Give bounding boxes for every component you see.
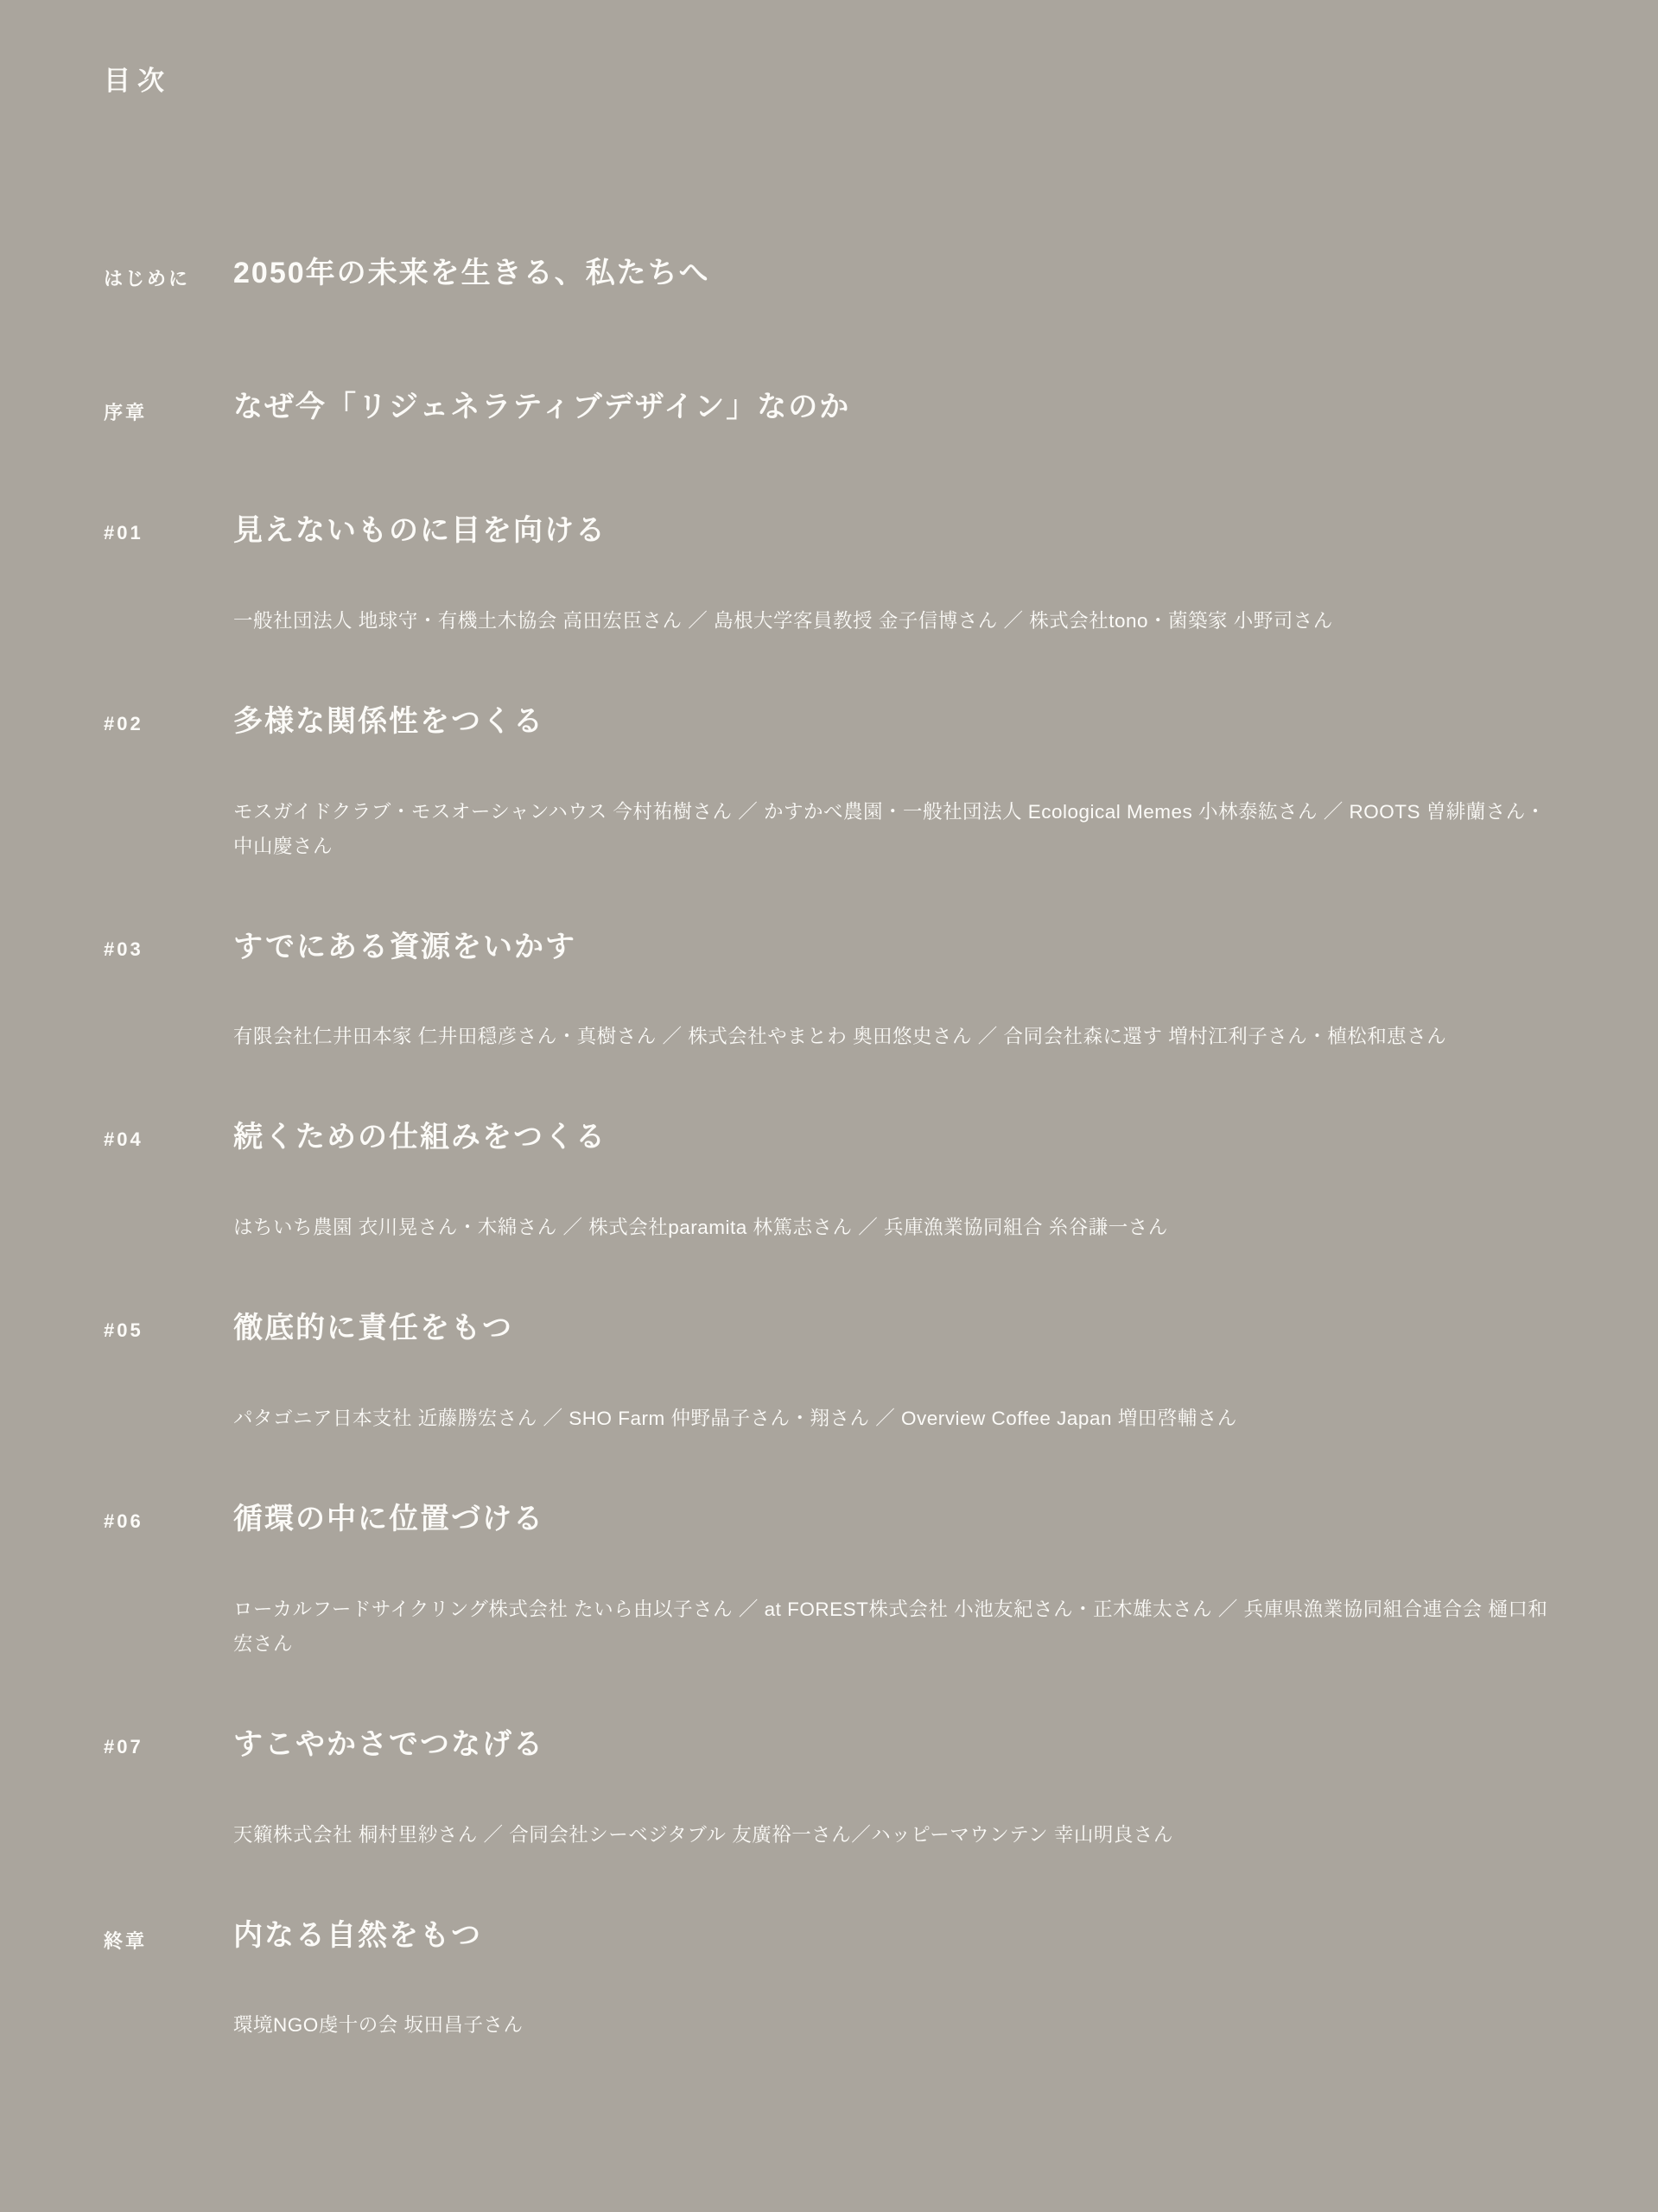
toc-entry-title: なぜ今「リジェネラティブデザイン」なのか [233,390,1563,425]
toc-entry-title: 多様な関係性をつくる [233,704,1563,740]
toc-entry-contributors: ローカルフードサイクリング株式会社 たいら由以子さん ／ at FOREST株式… [233,1592,1563,1662]
toc-entry-contributors: 天籟株式会社 桐村里紗さん ／ 合同会社シーベジタブル 友廣裕一さん／ハッピーマ… [233,1818,1563,1853]
toc-entry-title: 見えないものに目を向ける [233,513,1563,549]
page-title: 目次 [104,59,1563,98]
toc-entry-title: 徹底的に責任をもつ [233,1311,1563,1346]
toc-entry-label: #05 [104,1311,233,1342]
toc-entry-contributors: パタゴニア日本支社 近藤勝宏さん ／ SHO Farm 仲野晶子さん・翔さん ／… [233,1402,1563,1436]
toc-entry-label: 終章 [104,1918,233,1954]
toc-entry-title: すでにある資源をいかす [233,930,1563,965]
toc-entry-01: #01 見えないものに目を向ける 一般社団法人 地球守・有機土木協会 高田宏臣さ… [104,513,1563,639]
toc-entry-title: 循環の中に位置づける [233,1502,1563,1537]
toc-entry-title: 続くための仕組みをつくる [233,1120,1563,1155]
toc-entry-label: #06 [104,1502,233,1533]
table-of-contents: 目次 はじめに 2050年の未来を生きる、私たちへ 序章 なぜ今「リジェネラティ… [0,0,1658,2094]
toc-entry-label: #04 [104,1120,233,1151]
toc-entry-03: #03 すでにある資源をいかす 有限会社仁井田本家 仁井田穏彦さん・真樹さん ／… [104,930,1563,1055]
toc-entry-final: 終章 内なる自然をもつ 環境NGO虔十の会 坂田昌子さん [104,1918,1563,2044]
toc-entry-07: #07 すこやかさでつなげる 天籟株式会社 桐村里紗さん ／ 合同会社シーベジタ… [104,1727,1563,1853]
toc-entry-06: #06 循環の中に位置づける ローカルフードサイクリング株式会社 たいら由以子さ… [104,1502,1563,1662]
toc-entry-label: #07 [104,1727,233,1758]
toc-entry-05: #05 徹底的に責任をもつ パタゴニア日本支社 近藤勝宏さん ／ SHO Far… [104,1311,1563,1436]
toc-entry-contributors: はちいち農園 衣川晃さん・木綿さん ／ 株式会社paramita 林篤志さん ／… [233,1211,1563,1245]
toc-entry-label: はじめに [104,256,233,291]
toc-entry-label: #01 [104,513,233,544]
toc-entry-04: #04 続くための仕組みをつくる はちいち農園 衣川晃さん・木綿さん ／ 株式会… [104,1120,1563,1245]
toc-entry-label: 序章 [104,390,233,425]
toc-entry-contributors: 環境NGO虔十の会 坂田昌子さん [233,2008,1563,2043]
toc-entry-contributors: 有限会社仁井田本家 仁井田穏彦さん・真樹さん ／ 株式会社やまとわ 奥田悠史さん… [233,1020,1563,1054]
toc-entry-contributors: モスガイドクラブ・モスオーシャンハウス 今村祐樹さん ／ かすかべ農園・一般社団… [233,795,1563,864]
toc-entry-intro: はじめに 2050年の未来を生きる、私たちへ [104,256,1563,291]
toc-entry-title: すこやかさでつなげる [233,1727,1563,1763]
toc-entry-prologue: 序章 なぜ今「リジェネラティブデザイン」なのか [104,390,1563,425]
toc-entry-title: 2050年の未来を生きる、私たちへ [233,256,1563,291]
toc-entry-contributors: 一般社団法人 地球守・有機土木協会 高田宏臣さん ／ 島根大学客員教授 金子信博… [233,604,1563,639]
toc-entry-label: #03 [104,930,233,961]
toc-entry-title: 内なる自然をもつ [233,1918,1563,1954]
toc-entry-02: #02 多様な関係性をつくる モスガイドクラブ・モスオーシャンハウス 今村祐樹さ… [104,704,1563,864]
toc-entry-label: #02 [104,704,233,735]
